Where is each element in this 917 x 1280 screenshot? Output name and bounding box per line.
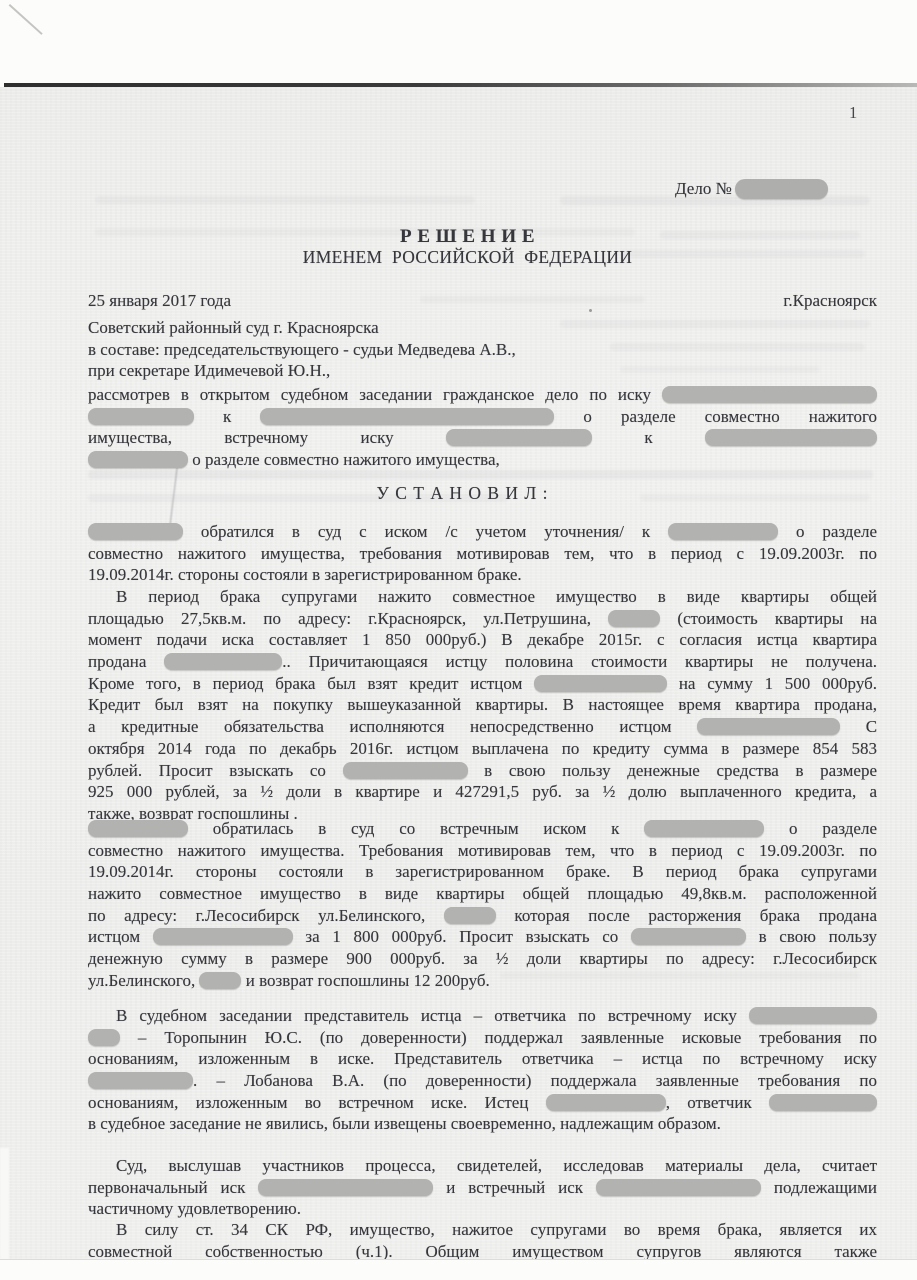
text-run: 19.09.2014г. стороны состояли в зарегист… — [88, 862, 877, 881]
text-run: В период брака супругами нажито совместн… — [116, 587, 877, 606]
case-number-line: Дело № — [675, 179, 828, 199]
paragraph-law-basis: В силу ст. 34 СК РФ, имущество, нажитое … — [88, 1219, 877, 1262]
text-run: по адресу: г.Лесосибирск ул.Белинского, — [88, 906, 425, 925]
text-line: – Торопынин Ю.С. (по доверенности) подде… — [88, 1027, 877, 1049]
section-heading-ustanovil: У С Т А Н О В И Л : — [68, 483, 857, 504]
redaction-mark — [88, 1029, 120, 1046]
text-run: в свою пользу — [759, 927, 877, 946]
redaction-mark — [88, 451, 188, 468]
text-line: Суд, выслушав участников процесса, свиде… — [88, 1155, 877, 1177]
redaction-mark — [546, 1094, 666, 1111]
text-run: основаниям, изложенным во встречном иске… — [88, 1093, 528, 1112]
redaction-mark — [446, 429, 592, 446]
text-run: о разделе — [796, 522, 877, 541]
text-line: площадью 27,5кв.м. по адресу: г.Краснояр… — [88, 608, 877, 630]
text-run: за 1 800 000руб. Просит взыскать со — [305, 927, 618, 946]
text-line: рассмотрев в открытом судебном заседании… — [88, 384, 877, 406]
text-line: Кроме того, в период брака был взят кред… — [88, 673, 877, 695]
text-line: нажито совместное имущество в виде кварт… — [88, 883, 877, 905]
decision-date: 25 января 2017 года — [88, 291, 231, 311]
redaction-mark — [596, 1179, 761, 1196]
text-run: В силу ст. 34 СК РФ, имущество, нажитое … — [116, 1220, 877, 1239]
text-run: в судебное заседание не явились, были из… — [88, 1114, 721, 1133]
text-run: продана — [88, 652, 146, 671]
court-composition-block: Советский районный суд г. Красноярска в … — [88, 317, 877, 382]
paragraph-intro: рассмотрев в открытом судебном заседании… — [88, 384, 877, 471]
text-run: рублей. Просит взыскать со — [88, 761, 326, 780]
text-run: о разделе — [789, 819, 877, 838]
text-line: момент подачи иска составляет 1 850 000р… — [88, 629, 877, 651]
text-line: о разделе совместно нажитого имущества, — [88, 449, 877, 471]
text-run: совместной собственностью (ч.1). Общим и… — [88, 1242, 877, 1261]
paragraph-claim-1-details: В период брака супругами нажито совместн… — [88, 586, 877, 825]
text-line: обратилась в суд со встречным иском к о … — [88, 818, 877, 840]
redaction-mark — [769, 1094, 877, 1111]
text-run: Кроме того, в период брака был взят кред… — [88, 674, 522, 693]
text-run: подлежащими — [774, 1178, 877, 1197]
decision-title: Р Е Ш Е Н И Е — [73, 226, 862, 248]
text-line: частичному удовлетворению. — [88, 1198, 877, 1220]
text-column: Дело № Р Е Ш Е Н И Е ИМЕНЕМ РОССИЙСКОЙ Ф… — [88, 0, 877, 1280]
redaction-mark — [631, 928, 746, 945]
text-run: (стоимость квартиры на — [677, 609, 877, 628]
text-run: и встречный иск — [446, 1178, 583, 1197]
text-line: рублей. Просит взыскать со в свою пользу… — [88, 760, 877, 782]
text-run: октября 2014 года по декабрь 2016г. истц… — [88, 739, 877, 758]
redaction-mark — [88, 1072, 193, 1089]
paragraph-court-opinion: Суд, выслушав участников процесса, свиде… — [88, 1155, 877, 1220]
text-run: совместно нажитого имущества. Требования… — [88, 841, 877, 860]
redaction-mark — [608, 610, 660, 627]
secretary-line: при секретаре Идимечевой Ю.Н., — [88, 360, 877, 382]
date-city-line: 25 января 2017 года г.Красноярск — [88, 291, 877, 311]
paragraph-counter-claim: обратилась в суд со встречным иском к о … — [88, 818, 877, 992]
redaction-mark — [534, 675, 667, 692]
text-run: момент подачи иска составляет 1 850 000р… — [88, 630, 877, 649]
text-line: к о разделе совместно нажитого — [88, 406, 877, 428]
text-line: . – Лобанова В.А. (по доверенности) подд… — [88, 1070, 877, 1092]
text-run: рассмотрев в открытом судебном заседании… — [88, 385, 651, 404]
redaction-mark — [444, 907, 496, 924]
text-line: первоначальный иск и встречный иск подле… — [88, 1177, 877, 1199]
text-run: о разделе совместно нажитого — [583, 407, 877, 426]
text-line: истцом за 1 800 000руб. Просит взыскать … — [88, 926, 877, 948]
redaction-mark — [749, 1007, 877, 1024]
text-run: первоначальный иск — [88, 1178, 245, 1197]
text-line: 925 000 рублей, за ½ доли в квартире и 4… — [88, 781, 877, 803]
text-line: октября 2014 года по декабрь 2016г. истц… — [88, 738, 877, 760]
text-run: основаниям, изложенным в иске. Представи… — [88, 1049, 877, 1068]
redaction-mark — [662, 386, 877, 403]
text-run: 19.09.2014г. стороны состояли в зарегист… — [88, 565, 522, 584]
text-line: имущества, встречному иску к — [88, 427, 877, 449]
redaction-mark — [199, 972, 241, 989]
paragraph-hearing: В судебном заседании представитель истца… — [88, 1005, 877, 1135]
redaction-mark — [88, 408, 194, 425]
text-run: в свою пользу денежные средства в размер… — [484, 761, 877, 780]
case-number-redaction — [735, 179, 828, 199]
redaction-mark — [260, 408, 554, 425]
text-line: в судебное заседание не явились, были из… — [88, 1113, 877, 1135]
text-run: – Торопынин Ю.С. (по доверенности) подде… — [138, 1028, 877, 1047]
redaction-mark — [258, 1179, 433, 1196]
text-line: основаниям, изложенным во встречном иске… — [88, 1092, 877, 1114]
text-line: по адресу: г.Лесосибирск ул.Белинского, … — [88, 905, 877, 927]
text-run: нажито совместное имущество в виде кварт… — [88, 884, 877, 903]
text-line: продана .. Причитающаяся истцу половина … — [88, 651, 877, 673]
scanned-court-decision-page: 1 Дело № Р Е Ш Е Н И Е ИМЕНЕМ РОССИЙСКОЙ… — [0, 0, 917, 1280]
scanner-left-margin — [0, 1148, 9, 1260]
text-line: Кредит был взят на покупку вышеуказанной… — [88, 694, 877, 716]
text-line: обратился в суд с иском /с учетом уточне… — [88, 521, 877, 543]
text-line: В судебном заседании представитель истца… — [88, 1005, 877, 1027]
text-line: основаниям, изложенным в иске. Представи… — [88, 1048, 877, 1070]
redaction-mark — [644, 820, 764, 837]
redaction-mark — [88, 820, 188, 837]
text-line: денежную сумму в размере 900 000руб. за … — [88, 948, 877, 970]
decision-city: г.Красноярск — [783, 291, 877, 311]
text-line: 19.09.2014г. стороны состояли в зарегист… — [88, 564, 877, 586]
text-run: . – Лобанова В.А. (по доверенности) подд… — [193, 1071, 877, 1090]
redaction-mark — [668, 523, 778, 540]
text-run: которая после расторжения брака продана — [514, 906, 877, 925]
text-line: В силу ст. 34 СК РФ, имущество, нажитое … — [88, 1219, 877, 1241]
text-run: С — [866, 717, 877, 736]
text-line: 19.09.2014г. стороны состояли в зарегист… — [88, 861, 877, 883]
text-run: 925 000 рублей, за ½ доли в квартире и 4… — [88, 782, 877, 801]
decision-subtitle: ИМЕНЕМ РОССИЙСКОЙ ФЕДЕРАЦИИ — [73, 247, 862, 268]
redaction-mark — [697, 718, 840, 735]
scanner-bottom-margin — [0, 1259, 917, 1280]
text-run: частичному удовлетворению. — [88, 1199, 301, 1218]
text-run: истцом — [88, 927, 140, 946]
case-number-label: Дело № — [675, 179, 732, 198]
redaction-mark — [164, 653, 282, 670]
redaction-mark — [153, 928, 293, 945]
text-run: Кредит был взят на покупку вышеуказанной… — [88, 695, 877, 714]
text-run: на сумму 1 500 000руб. — [679, 674, 877, 693]
text-run: о разделе совместно нажитого имущества, — [192, 450, 500, 469]
paragraph-claim-1: обратился в суд с иском /с учетом уточне… — [88, 521, 877, 586]
text-run: имущества, встречному иску — [88, 428, 394, 447]
text-run: площадью 27,5кв.м. по адресу: г.Краснояр… — [88, 609, 591, 628]
redaction-mark — [88, 523, 183, 540]
text-run: совместно нажитого имущества, требования… — [88, 544, 877, 563]
text-line: совместно нажитого имущества. Требования… — [88, 840, 877, 862]
judge-line: в составе: председательствующего - судьи… — [88, 339, 877, 361]
text-run: В судебном заседании представитель истца… — [116, 1006, 737, 1025]
redaction-mark — [343, 762, 468, 779]
text-run: .. Причитающаяся истцу половина стоимост… — [282, 652, 877, 671]
text-line: совместно нажитого имущества, требования… — [88, 543, 877, 565]
text-run: ул.Белинского, — [88, 971, 195, 990]
text-run: обратился в суд с иском /с учетом уточне… — [201, 522, 650, 541]
text-run: а кредитные обязательства исполняются не… — [88, 717, 672, 736]
text-run: обратилась в суд со встречным иском к — [213, 819, 620, 838]
text-line: В период брака супругами нажито совместн… — [88, 586, 877, 608]
text-line: а кредитные обязательства исполняются не… — [88, 716, 877, 738]
text-run: к — [223, 407, 231, 426]
text-run: , ответчик — [666, 1093, 752, 1112]
redaction-mark — [705, 429, 877, 446]
text-run: Суд, выслушав участников процесса, свиде… — [116, 1156, 877, 1175]
text-run: денежную сумму в размере 900 000руб. за … — [88, 949, 877, 968]
text-run: к — [644, 428, 652, 447]
court-name-line: Советский районный суд г. Красноярска — [88, 317, 877, 339]
text-run: и возврат госпошлины 12 200руб. — [246, 971, 490, 990]
text-line: ул.Белинского, и возврат госпошлины 12 2… — [88, 970, 877, 992]
